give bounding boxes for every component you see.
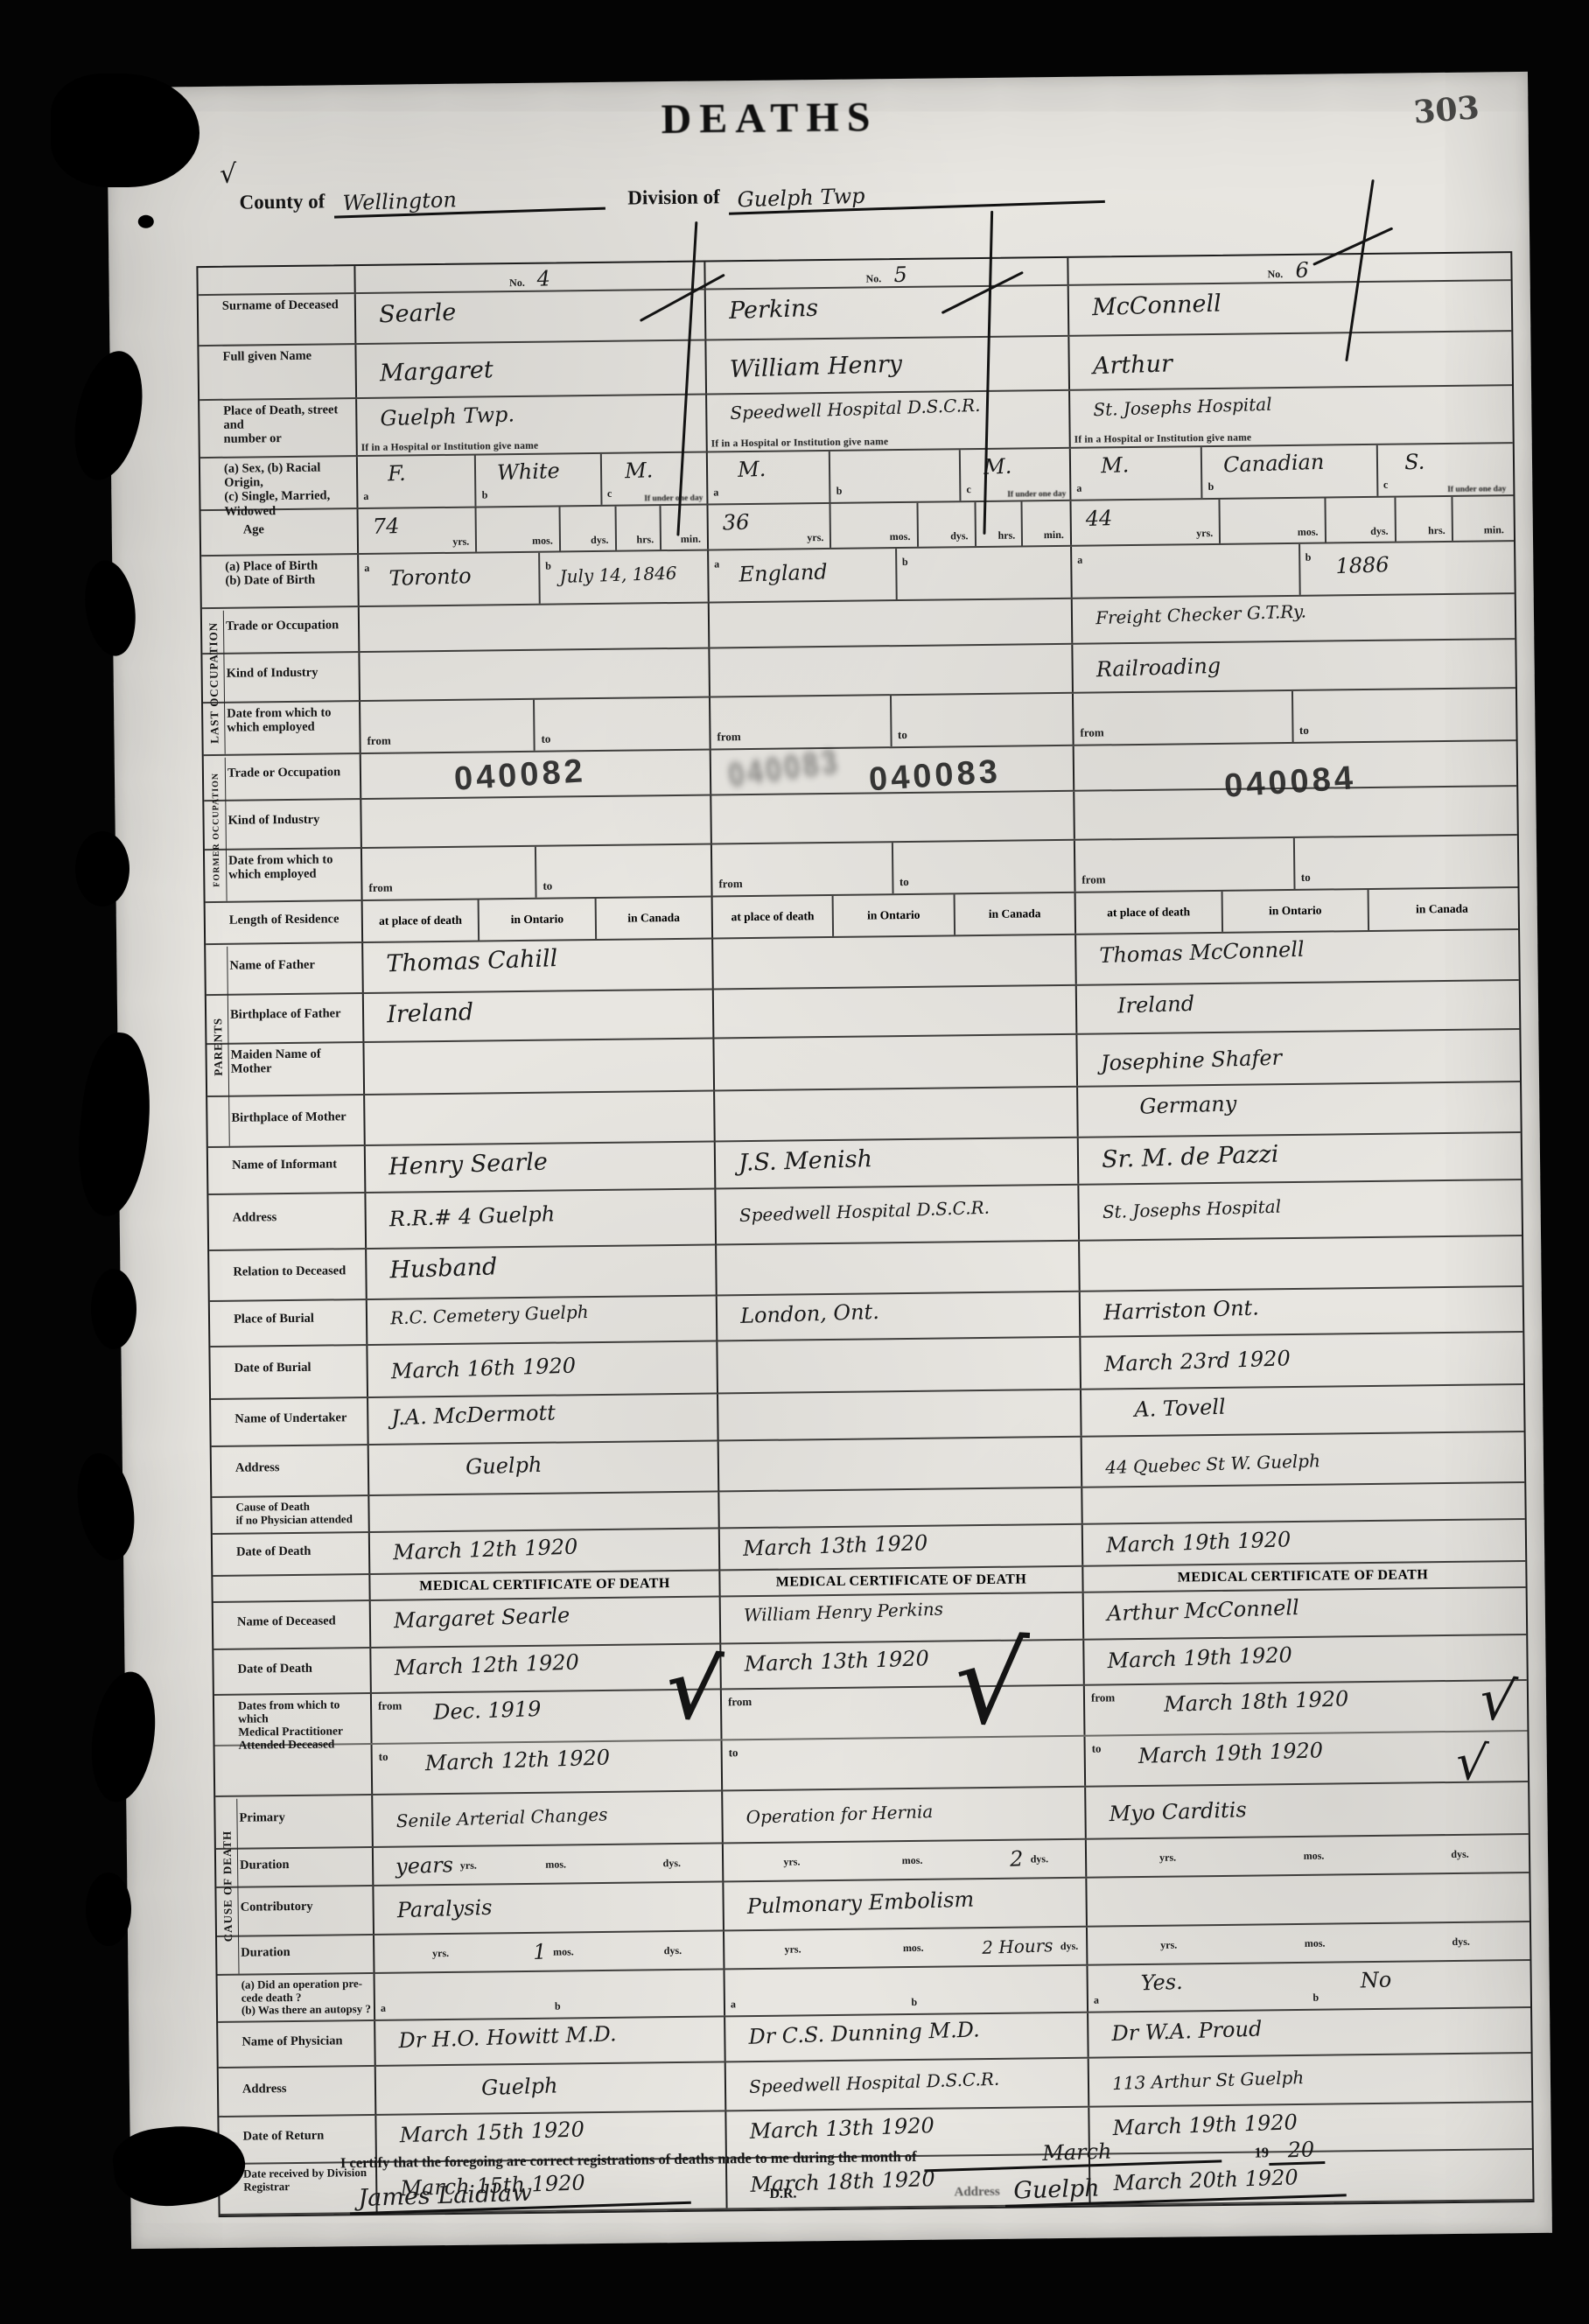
father-birthplace-label: Birthplace of Father [206, 994, 365, 1043]
father-3: Thomas McConnell [1076, 930, 1515, 984]
last-industry-1 [360, 649, 710, 701]
physician-1: Dr H.O. Howitt M.D. [375, 2017, 726, 2065]
no-label: No. [1267, 268, 1283, 280]
hospital-note: If in a Hospital or Institution give nam… [1074, 432, 1252, 444]
last-employed-3: from to [1074, 689, 1513, 745]
last-trade-3: Freight Checker G.T.Ry. [1073, 594, 1512, 643]
residence-2: at place of deathin Ontarioin Canada [713, 893, 1076, 938]
residence-label: Length of Residence [206, 901, 364, 943]
father-bp-1: Ireland [364, 990, 715, 1041]
place-of-death-label: Place of Death, street andnumber or [199, 399, 358, 457]
last-industry-3: Railroading [1073, 640, 1512, 692]
primary-2: Operation for Hernia [723, 1788, 1087, 1843]
burial-date-1: March 16th 1920 [367, 1341, 718, 1396]
pod-2: Speedwell Hospital D.S.C.R. If in a Hosp… [707, 391, 1071, 451]
burial-1: R.C. Cemetery Guelph [367, 1296, 718, 1344]
informant-address-3: St. Josephs Hospital [1079, 1180, 1518, 1240]
attended-to-2: to [723, 1737, 1087, 1790]
mother-2 [714, 1035, 1078, 1090]
relation-1: Husband [367, 1245, 717, 1298]
county-value: Wellington [333, 183, 605, 219]
hospital-note: If in a Hospital or Institution give nam… [711, 437, 889, 449]
pod-1: Guelph Twp. If in a Hospital or Institut… [357, 395, 708, 456]
father-label: Name of Father [206, 943, 364, 994]
sex-1: aF. bWhite cM. If under one day [358, 453, 709, 508]
surname-label: Surname of Deceased [199, 294, 357, 345]
page-number: 303 [1412, 89, 1480, 131]
mother-bp-1 [365, 1091, 716, 1144]
primary-label: Primary [215, 1795, 374, 1848]
parents-side-label: PARENTS [207, 947, 230, 1146]
register-table: No. 4 No. 5 No. 6 Surname of Deceased Se… [196, 251, 1534, 2217]
address-label: Address [212, 1445, 370, 1496]
dr-label: D.R. [769, 2187, 796, 2202]
cause-of-death-side-label: CAUSE OF DEATH [217, 1799, 239, 1974]
age-3: 44yrs. mos. dys. hrs. min. [1071, 496, 1510, 545]
given-name-label: Full given Name [199, 345, 357, 399]
undertaker-address-1: Guelph [369, 1441, 720, 1494]
scan-edge-blob [91, 1269, 136, 1349]
name-of-deceased-label: Name of Deceased [213, 1601, 372, 1648]
duration-label: Duration [216, 1848, 374, 1886]
check-mark: √ [662, 1645, 725, 1733]
dod-3: March 19th 1920 [1083, 1520, 1522, 1565]
former-industry-1 [361, 796, 712, 848]
sex-2: aM. b cM. If under one day [708, 449, 1072, 504]
op-autopsy-1: a b [375, 1970, 726, 2019]
sex-3: aM. bCanadian cS. If under one day [1071, 444, 1510, 500]
birth-2: aEngland b [709, 547, 1073, 602]
employed-label: Date from which towhich employed [205, 849, 363, 901]
contributory-2: Pulmonary Embolism [724, 1879, 1088, 1930]
medcert-label-cell [213, 1575, 370, 1601]
informant-1: Henry Searle [366, 1142, 717, 1192]
former-employed-1: from to [362, 844, 713, 899]
age-1: 74yrs. mos. dys. hrs. min. [359, 506, 710, 554]
last-trade-2 [710, 599, 1074, 647]
sex-label: (a) Sex, (b) Racial Origin,(c) Single, M… [200, 457, 359, 509]
industry-label: Kind of Industry [202, 653, 360, 702]
last-trade-1 [360, 604, 710, 652]
burial-3: Harriston Ont. [1081, 1287, 1520, 1336]
attended-from-3: from March 18th 1920 [1085, 1681, 1524, 1735]
page-title: DEATHS [107, 87, 1432, 150]
operation-autopsy-label: (a) Did an operation pre-cede death ?(b)… [218, 1974, 376, 2021]
division-label: Division of [627, 185, 720, 209]
undertaker-address-3: 44 Quebec St W. Guelph [1082, 1432, 1522, 1487]
mother-birthplace-label: Birthplace of Mother [207, 1095, 366, 1146]
industry-label: Kind of Industry [204, 800, 362, 849]
physician-address-1: Guelph [376, 2062, 727, 2114]
check-mark: √ [220, 162, 236, 188]
trade-label: Trade or Occupation [202, 607, 360, 653]
last-occupation-side-label: LAST OCCUPATION [204, 611, 226, 754]
pod-3: St. Josephs Hospital If in a Hospital or… [1070, 386, 1509, 447]
contributory-3 [1087, 1873, 1526, 1926]
address-label: Address [208, 1193, 367, 1249]
burial-place-label: Place of Burial [210, 1300, 368, 1346]
undertaker-2 [718, 1390, 1082, 1440]
mother-bp-3: Germany [1078, 1082, 1517, 1137]
surname-2: Perkins [706, 286, 1070, 339]
burial-date-label: Date of Burial [210, 1346, 368, 1398]
cause-np-2 [719, 1488, 1082, 1528]
cert-name-3: Arthur McConnell [1084, 1588, 1523, 1639]
cause-no-physician-label: Cause of Deathif no Physician attended [212, 1496, 369, 1533]
scan-edge-blob [75, 831, 129, 906]
contributory-label: Contributory [216, 1886, 374, 1935]
record-number: 5 [885, 262, 907, 288]
age-2: 36yrs. mos. dys. hrs. min. [709, 501, 1073, 549]
given-1: Margaret [356, 341, 707, 398]
contributory-duration-3: yrs. mos. dys. [1088, 1922, 1526, 1964]
attended-to-1: to March 12th 1920 [373, 1740, 724, 1794]
hospital-note: If in a Hospital or Institution give nam… [361, 441, 539, 453]
parents-group: PARENTS Name of Father Thomas Cahill Tho… [206, 930, 1521, 1148]
record-number: 4 [528, 266, 550, 291]
burial-date-3: March 23rd 1920 [1081, 1333, 1520, 1389]
birth-label: (a) Place of Birth(b) Date of Birth [201, 555, 360, 607]
no-label: No. [509, 276, 525, 289]
contributory-duration-1: yrs. 1mos. dys. [374, 1931, 724, 1972]
father-2 [713, 935, 1077, 989]
father-bp-3: Ireland [1077, 981, 1516, 1033]
burial-date-2 [717, 1338, 1081, 1393]
ink-dot [138, 215, 154, 228]
address-label: Address [219, 2067, 377, 2116]
former-industry-2 [711, 792, 1075, 843]
contributory-1: Paralysis [374, 1882, 724, 1934]
burial-2: London, Ont. [717, 1292, 1081, 1340]
division-value: Guelph Twp [728, 176, 1105, 215]
informant-address-1: R.R.# 4 Guelph [366, 1189, 717, 1248]
primary-1: Senile Arterial Changes [373, 1791, 724, 1846]
former-employed-2: from to [712, 841, 1076, 896]
dod-1: March 12th 1920 [370, 1529, 720, 1573]
cert-name-1: Margaret Searle [371, 1597, 722, 1647]
no-label: No. [866, 272, 882, 284]
surname-3: McConnell [1069, 281, 1508, 335]
date-of-death-label: Date of Death [213, 1533, 371, 1575]
record-number: 6 [1286, 257, 1309, 283]
informant-3: Sr. M. de Pazzi [1079, 1133, 1518, 1184]
physician-2: Dr C.S. Dunning M.D. [725, 2013, 1089, 2061]
primary-duration-1: yearsyrs. mos. dys. [374, 1844, 724, 1885]
given-3: Arthur [1069, 332, 1508, 389]
last-employed-2: from to [710, 694, 1074, 749]
former-occupation-side-label: FORMER OCCUPATION [206, 758, 227, 901]
last-occupation-group: LAST OCCUPATION Trade or Occupation Frei… [202, 594, 1516, 756]
undertaker-1: J.A. McDermott [368, 1394, 719, 1444]
date-of-death-label: Date of Death [213, 1648, 372, 1694]
cause-np-1 [369, 1492, 719, 1531]
op-autopsy-3: aYes. bNo [1088, 1961, 1527, 2012]
check-mark: √ [951, 1625, 1030, 1743]
trade-label: Trade or Occupation [204, 754, 362, 800]
cert-dod-3: March 19th 1920 [1084, 1635, 1523, 1684]
mother-maiden-label: Maiden Name ofMother [206, 1043, 365, 1095]
last-employed-1: from to [360, 698, 711, 753]
op-autopsy-2: a b [724, 1966, 1088, 2016]
undertaker-address-2 [719, 1438, 1083, 1491]
father-bp-2 [714, 986, 1078, 1038]
residence-3: at place of deathin Ontarioin Canada [1076, 888, 1515, 934]
primary-duration-2: yrs. mos. 2dys. [724, 1840, 1087, 1881]
check-mark: √ [1453, 1738, 1489, 1789]
certify-year: 20 [1269, 2137, 1326, 2166]
dod-2: March 13th 1920 [720, 1525, 1083, 1570]
attended-from-2: from [722, 1686, 1086, 1739]
relation-label: Relation to Deceased [209, 1249, 367, 1300]
county-label: County of [239, 190, 325, 213]
physician-3: Dr W.A. Proud [1088, 2008, 1528, 2057]
county-division-line: County of Wellington Division of Guelph … [239, 177, 1359, 217]
cause-of-death-group: CAUSE OF DEATH Primary Senile Arterial C… [215, 1782, 1529, 1976]
last-industry-2 [710, 645, 1074, 696]
attended-to-label-cell [215, 1745, 374, 1795]
cert-dod-2: March 13th 1920 [721, 1641, 1085, 1689]
mother-1 [364, 1039, 715, 1094]
birth-3: a b1886 [1072, 542, 1511, 598]
address-label: Address [954, 2185, 999, 2201]
duration-label: Duration [217, 1935, 374, 1974]
mother-bp-2 [715, 1088, 1079, 1141]
contributory-duration-2: yrs. mos. 2 Hoursdys. [724, 1928, 1088, 1969]
physician-address-3: 113 Arthur St Guelph [1089, 2054, 1529, 2106]
given-2: William Henry [706, 337, 1070, 394]
scanned-death-register-sheet: DEATHS 303 County of Wellington Division… [107, 72, 1552, 2249]
former-employed-3: from to [1075, 836, 1515, 892]
informant-2: J.S. Menish [716, 1138, 1080, 1188]
scan-edge-blob [51, 73, 199, 187]
informant-label: Name of Informant [208, 1146, 367, 1193]
physician-label: Name of Physician [218, 2021, 376, 2067]
age-label: Age [201, 509, 360, 555]
attended-label: Dates from which to whichMedical Practit… [214, 1694, 373, 1745]
check-mark: √ [1476, 1671, 1519, 1732]
relation-3 [1080, 1236, 1519, 1291]
undertaker-3: A. Tovell [1081, 1385, 1521, 1436]
relation-2 [717, 1242, 1081, 1295]
scan-edge-blob [86, 1872, 131, 1946]
father-1: Thomas Cahill [363, 939, 714, 992]
informant-address-2: Speedwell Hospital D.S.C.R. [716, 1186, 1080, 1244]
birth-1: aToronto bJuly 14, 1846 [359, 551, 710, 606]
surname-1: Searle [356, 290, 707, 344]
number-label-cell [198, 266, 355, 294]
certify-year-prefix: 19 [1254, 2144, 1269, 2161]
employed-label: Date from which towhich employed [203, 702, 361, 754]
physician-address-2: Speedwell Hospital D.S.C.R. [726, 2059, 1090, 2110]
mother-3: Josephine Shafer [1077, 1030, 1516, 1086]
residence-1: at place of deathin Ontarioin Canada [363, 897, 713, 941]
undertaker-label: Name of Undertaker [211, 1398, 369, 1445]
certify-text: I certify that the foregoing are correct… [340, 2148, 917, 2172]
